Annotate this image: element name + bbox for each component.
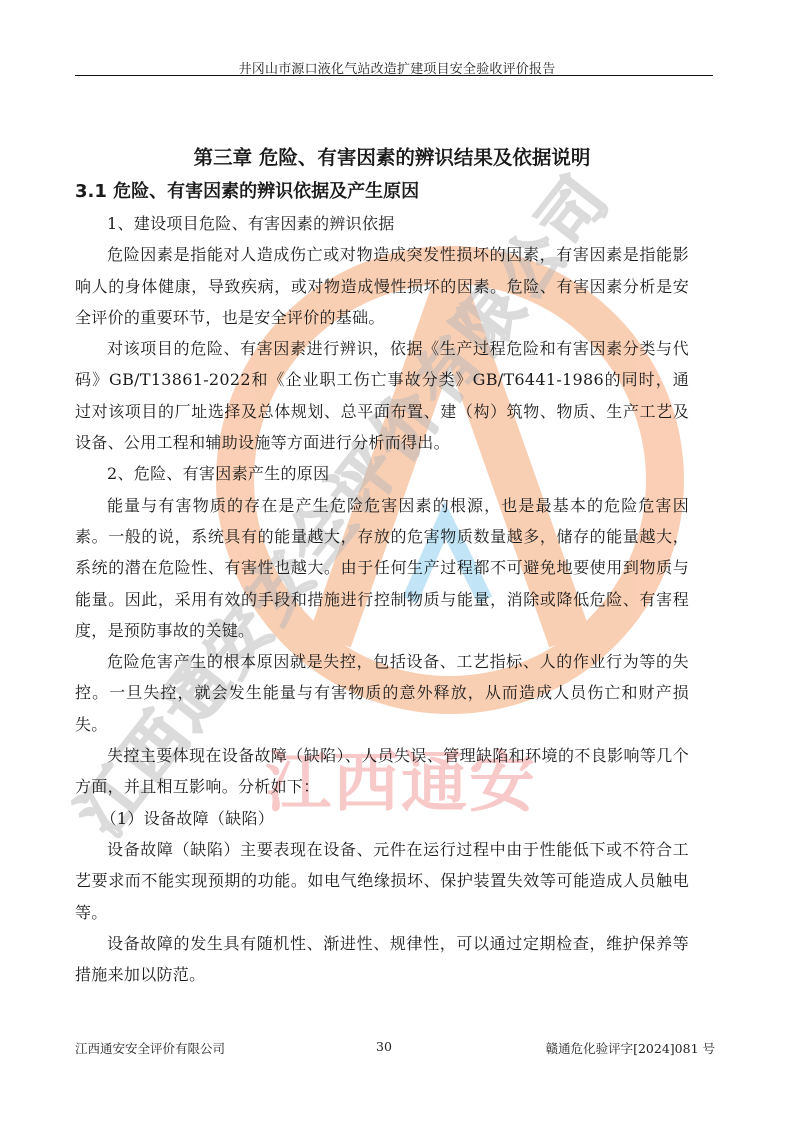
paragraph-standards: 对该项目的危险、有害因素进行辨识，依据《生产过程危险和有害因素分类与代码》GB/… — [75, 333, 689, 458]
page-footer: 江西通安安全评价有限公司 30 赣通危化验评字[2024]081 号 — [75, 1039, 715, 1059]
chapter-title: 第三章 危险、有害因素的辨识结果及依据说明 — [75, 140, 689, 176]
page-content: 第三章 危险、有害因素的辨识结果及依据说明 3.1 危险、有害因素的辨识依据及产… — [75, 140, 689, 990]
paragraph-equipment-failure: 设备故障（缺陷）主要表现在设备、元件在运行过程中由于性能低下或不符合工艺要求而不… — [75, 834, 689, 928]
subheading-identification-basis: 1、建设项目危险、有害因素的辨识依据 — [75, 208, 689, 239]
paragraph-loss-of-control: 危险危害产生的根本原因就是失控，包括设备、工艺指标、人的作业行为等的失控。一旦失… — [75, 646, 689, 740]
header-divider — [75, 75, 713, 76]
subheading-causes: 2、危险、有害因素产生的原因 — [75, 458, 689, 489]
subheading-equipment-failure: （1）设备故障（缺陷） — [75, 803, 689, 834]
paragraph-control-aspects: 失控主要体现在设备故障（缺陷）、人员失误、管理缺陷和环境的不良影响等几个方面，并… — [75, 740, 689, 803]
page-number: 30 — [376, 1039, 392, 1054]
footer-company: 江西通安安全评价有限公司 — [75, 1039, 225, 1057]
paragraph-definition: 危险因素是指能对人造成伤亡或对物造成突发性损坏的因素，有害因素是指能影响人的身体… — [75, 239, 689, 333]
section-title: 3.1 危险、有害因素的辨识依据及产生原因 — [75, 176, 689, 208]
footer-document-number: 赣通危化验评字[2024]081 号 — [546, 1039, 715, 1057]
paragraph-failure-prevention: 设备故障的发生具有随机性、渐进性、规律性，可以通过定期检查，维护保养等措施来加以… — [75, 928, 689, 991]
paragraph-energy-substances: 能量与有害物质的存在是产生危险危害因素的根源，也是最基本的危险危害因素。一般的说… — [75, 490, 689, 646]
